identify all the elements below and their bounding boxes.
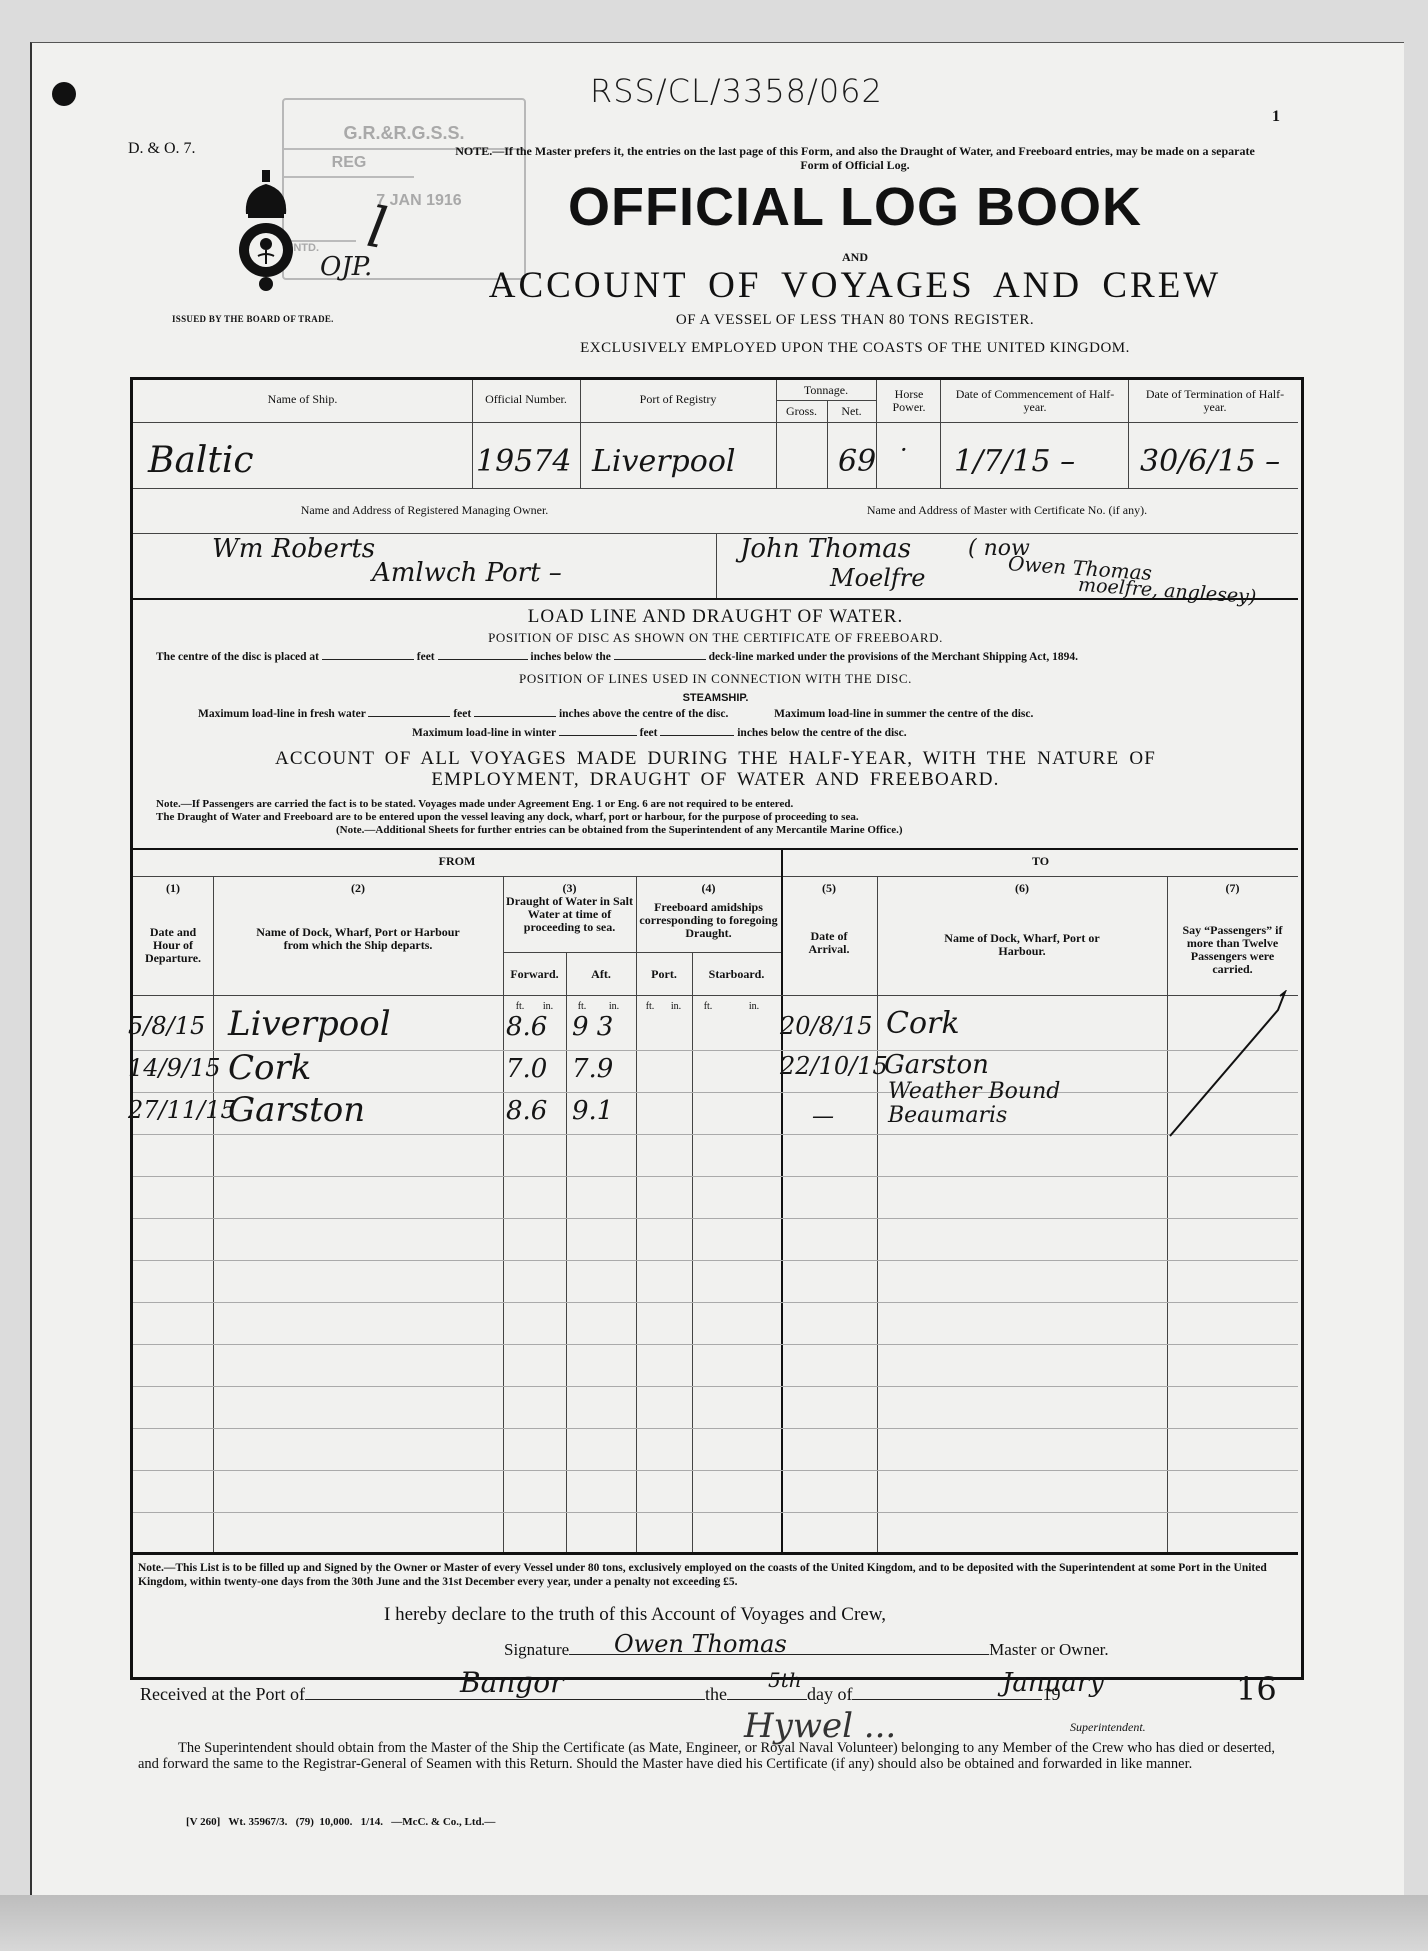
ruled-line xyxy=(133,1302,1298,1303)
col2-number: (2) xyxy=(213,882,503,895)
voyages-note-3: (Note.—Additional Sheets for further ent… xyxy=(156,824,1296,837)
ruled-line xyxy=(133,1260,1298,1261)
divider xyxy=(133,876,1298,877)
col5-header: Date of Arrival. xyxy=(790,930,868,956)
subtitle-line-1: OF A VESSEL OF LESS THAN 80 TONS REGISTE… xyxy=(440,312,1270,329)
winter-text-b: feet xyxy=(640,727,658,739)
net-tonnage-value[interactable]: 69 xyxy=(838,444,876,479)
divider xyxy=(781,848,783,1552)
in-label: in. xyxy=(664,1000,688,1013)
fresh-feet-blank[interactable] xyxy=(368,716,450,717)
label-official-number: Official Number. xyxy=(472,393,580,406)
archive-reference: RSS/CL/3358/062 xyxy=(590,72,883,110)
disc-inches-blank[interactable] xyxy=(438,659,528,660)
ruled-line xyxy=(133,1386,1298,1387)
ruled-line xyxy=(133,1512,1298,1513)
day-field[interactable] xyxy=(727,1699,807,1700)
stamp-line-2: REG xyxy=(284,150,414,178)
subtitle-line-2: EXCLUSIVELY EMPLOYED UPON THE COASTS OF … xyxy=(440,340,1270,357)
col3-aft: Aft. xyxy=(566,968,636,981)
printer-imprint: [V 260] Wt. 35967/3. (79) 10,000. 1/14. … xyxy=(186,1816,495,1828)
signature-line: SignatureMaster or Owner. xyxy=(504,1640,1109,1660)
winter-text-a: Maximum load-line in winter xyxy=(412,727,556,739)
row3-aft[interactable]: 9.1 xyxy=(572,1096,613,1126)
divider xyxy=(566,952,567,1552)
ship-name-value[interactable]: Baltic xyxy=(148,440,254,481)
divider xyxy=(877,876,878,1552)
row2-departure[interactable]: 14/9/15 xyxy=(128,1054,221,1082)
winter-text-c: inches below the centre of the disc. xyxy=(737,727,906,739)
col5-number: (5) xyxy=(781,882,877,895)
lines-title: POSITION OF LINES USED IN CONNECTION WIT… xyxy=(133,671,1298,687)
header-note: NOTE.—If the Master prefers it, the entr… xyxy=(440,144,1270,172)
voyages-title-line-1: ACCOUNT OF ALL VOYAGES MADE DURING THE H… xyxy=(133,748,1298,769)
row3-arrival[interactable]: — xyxy=(812,1104,834,1129)
col7-header: Say “Passengers” if more than Twelve Pas… xyxy=(1170,924,1295,976)
winter-inches-blank[interactable] xyxy=(660,735,734,736)
passengers-stroke-mark xyxy=(1160,990,1300,1140)
ruled-line xyxy=(133,1428,1298,1429)
col6-number: (6) xyxy=(877,882,1167,895)
row1-to-port[interactable]: Cork xyxy=(886,1006,960,1041)
received-line: Received at the Port oftheday of19 xyxy=(140,1684,1060,1705)
disc-feet-blank[interactable] xyxy=(322,659,414,660)
voyages-title: ACCOUNT OF ALL VOYAGES MADE DURING THE H… xyxy=(133,748,1298,790)
horse-power-value[interactable]: · xyxy=(900,436,908,464)
ruled-line xyxy=(133,1344,1298,1345)
label-owner: Name and Address of Registered Managing … xyxy=(133,504,716,517)
master-name-value[interactable]: John Thomas xyxy=(740,534,911,564)
row1-from-port[interactable]: Liverpool xyxy=(228,1004,391,1044)
form-subtitle: ACCOUNT OF VOYAGES AND CREW xyxy=(440,264,1270,307)
disc-text-c: inches below the xyxy=(530,651,611,663)
superintendent-instructions: The Superintendent should obtain from th… xyxy=(138,1740,1298,1772)
disc-deck-blank[interactable] xyxy=(614,659,706,660)
row1-arrival[interactable]: 20/8/15 xyxy=(780,1012,873,1040)
label-termination: Date of Termination of Half-year. xyxy=(1136,388,1294,414)
col1-number: (1) xyxy=(133,882,213,895)
divider xyxy=(716,533,717,598)
signature-label: Signature xyxy=(504,1640,569,1659)
disc-text-a: The centre of the disc is placed at xyxy=(156,651,319,663)
row3-from-port[interactable]: Garston xyxy=(228,1090,365,1130)
ruled-line xyxy=(133,1134,1298,1135)
winter-line: Maximum load-line in winter feet inches … xyxy=(412,727,907,739)
year-value[interactable]: 16 xyxy=(1236,1670,1277,1708)
received-port-field[interactable] xyxy=(305,1699,705,1700)
divider xyxy=(133,995,1298,996)
divider xyxy=(133,422,1298,423)
row2-forward[interactable]: 7.0 xyxy=(506,1054,547,1084)
month-field[interactable] xyxy=(852,1699,1042,1700)
to-header: TO xyxy=(783,855,1298,868)
steamship-label: STEAMSHIP. xyxy=(133,692,1298,704)
master-address-value[interactable]: Moelfre xyxy=(830,564,925,592)
col4-port: Port. xyxy=(636,968,692,981)
ruled-line xyxy=(133,1218,1298,1219)
label-port-registry: Port of Registry xyxy=(580,393,776,406)
issuer-label: ISSUED BY THE BOARD OF TRADE. xyxy=(172,314,334,324)
winter-feet-blank[interactable] xyxy=(559,735,637,736)
label-net: Net. xyxy=(827,405,876,418)
voyages-note-1: Note.—If Passengers are carried the fact… xyxy=(156,798,1296,811)
in-label: in. xyxy=(742,1000,766,1013)
row2-to-port[interactable]: Garston xyxy=(884,1050,989,1080)
disc-text-b: feet xyxy=(417,651,435,663)
col7-number: (7) xyxy=(1167,882,1298,895)
voyages-note-2: The Draught of Water and Freeboard are t… xyxy=(156,811,1296,824)
master-or-owner-label: Master or Owner. xyxy=(989,1640,1108,1659)
page-number: 1 xyxy=(1272,108,1280,126)
fresh-water-line: Maximum load-line in fresh water feet in… xyxy=(198,708,1298,720)
col1-header: Date and Hour of Departure. xyxy=(138,926,208,965)
disc-position-line: The centre of the disc is placed at feet… xyxy=(156,651,1296,663)
owner-address-value[interactable]: Amlwch Port – xyxy=(372,558,562,588)
row2-arrival[interactable]: 22/10/15 xyxy=(780,1052,888,1080)
voyages-title-line-2: EMPLOYMENT, DRAUGHT OF WATER AND FREEBOA… xyxy=(133,769,1298,790)
divider xyxy=(213,876,214,1552)
divider xyxy=(133,488,1298,489)
divider xyxy=(1128,380,1129,488)
row3-departure[interactable]: 27/11/15 xyxy=(128,1096,236,1124)
declaration-text: I hereby declare to the truth of this Ac… xyxy=(384,1604,886,1626)
disc-text-d: deck-line marked under the provisions of… xyxy=(709,651,1078,663)
title-and: AND xyxy=(440,250,1270,265)
col4-number: (4) xyxy=(636,882,781,895)
form-code: D. & O. 7. xyxy=(128,140,196,158)
col2-header: Name of Dock, Wharf, Port or Harbour fro… xyxy=(248,926,468,952)
col4-header: Freeboard amidships corresponding to for… xyxy=(638,901,779,940)
from-header: FROM xyxy=(133,855,781,868)
received-port-value[interactable]: Bangor xyxy=(460,1666,563,1699)
row3-to-port[interactable]: Weather Bound Beaumaris xyxy=(878,1080,1148,1128)
form-title: OFFICIAL LOG BOOK xyxy=(440,176,1270,238)
month-value[interactable]: January xyxy=(1002,1668,1104,1698)
label-horse-power: Horse Power. xyxy=(882,388,936,414)
fresh-text-c: inches above the centre of the disc. xyxy=(559,708,728,720)
load-line-title: LOAD LINE AND DRAUGHT OF WATER. xyxy=(133,606,1298,628)
superintendent-label: Superintendent. xyxy=(1070,1720,1146,1735)
col4-starboard: Starboard. xyxy=(692,968,781,981)
divider xyxy=(503,952,781,953)
row2-from-port[interactable]: Cork xyxy=(228,1048,311,1088)
fresh-text-a: Maximum load-line in fresh water xyxy=(198,708,366,720)
ft-label: ft. xyxy=(696,1000,720,1013)
divider xyxy=(1167,876,1168,1552)
label-ship-name: Name of Ship. xyxy=(133,393,472,406)
summer-text: Maximum load-line in summer the centre o… xyxy=(774,708,1033,720)
col6-header: Name of Dock, Wharf, Port or Harbour. xyxy=(922,932,1122,958)
row1-aft[interactable]: 9 3 xyxy=(572,1012,613,1042)
label-commencement: Date of Commencement of Half-year. xyxy=(950,388,1120,414)
divider xyxy=(133,848,1298,850)
voyages-notes: Note.—If Passengers are carried the fact… xyxy=(156,798,1296,837)
footer-note: Note.—This List is to be filled up and S… xyxy=(138,1561,1288,1589)
commencement-value[interactable]: 1/7/15 – xyxy=(954,444,1075,479)
divider xyxy=(692,952,693,1552)
row2-aft[interactable]: 7.9 xyxy=(572,1054,613,1084)
fresh-inches-blank[interactable] xyxy=(474,716,556,717)
ruled-line xyxy=(133,1470,1298,1471)
row1-forward[interactable]: 8.6 xyxy=(506,1012,547,1042)
label-tonnage: Tonnage. xyxy=(776,384,876,397)
port-registry-value[interactable]: Liverpool xyxy=(592,444,735,479)
day-of-label: day of xyxy=(807,1684,852,1704)
termination-value[interactable]: 30/6/15 – xyxy=(1140,444,1280,479)
the-label: the xyxy=(705,1684,727,1704)
owner-name-value[interactable]: Wm Roberts xyxy=(212,534,375,564)
label-master: Name and Address of Master with Certific… xyxy=(716,504,1298,517)
row3-forward[interactable]: 8.6 xyxy=(506,1096,547,1126)
col3-header: Draught of Water in Salt Water at time o… xyxy=(505,895,634,934)
fresh-text-b: feet xyxy=(453,708,471,720)
divider xyxy=(940,380,941,488)
royal-crest-icon xyxy=(236,170,296,298)
received-label: Received at the Port of xyxy=(140,1684,305,1704)
label-gross: Gross. xyxy=(776,405,827,418)
row1-departure[interactable]: 5/8/15 xyxy=(128,1012,205,1040)
disc-title: POSITION OF DISC AS SHOWN ON THE CERTIFI… xyxy=(133,630,1298,646)
col3-forward: Forward. xyxy=(503,968,566,981)
divider xyxy=(776,400,876,401)
day-value[interactable]: 5th xyxy=(768,1668,802,1692)
signature-value[interactable]: Owen Thomas xyxy=(614,1630,787,1658)
ft-label: ft. xyxy=(638,1000,662,1013)
page-shadow xyxy=(0,1895,1428,1951)
ruled-line xyxy=(133,1176,1298,1177)
divider xyxy=(133,1552,1298,1555)
punch-hole xyxy=(52,82,76,106)
official-number-value[interactable]: 19574 xyxy=(476,444,571,479)
